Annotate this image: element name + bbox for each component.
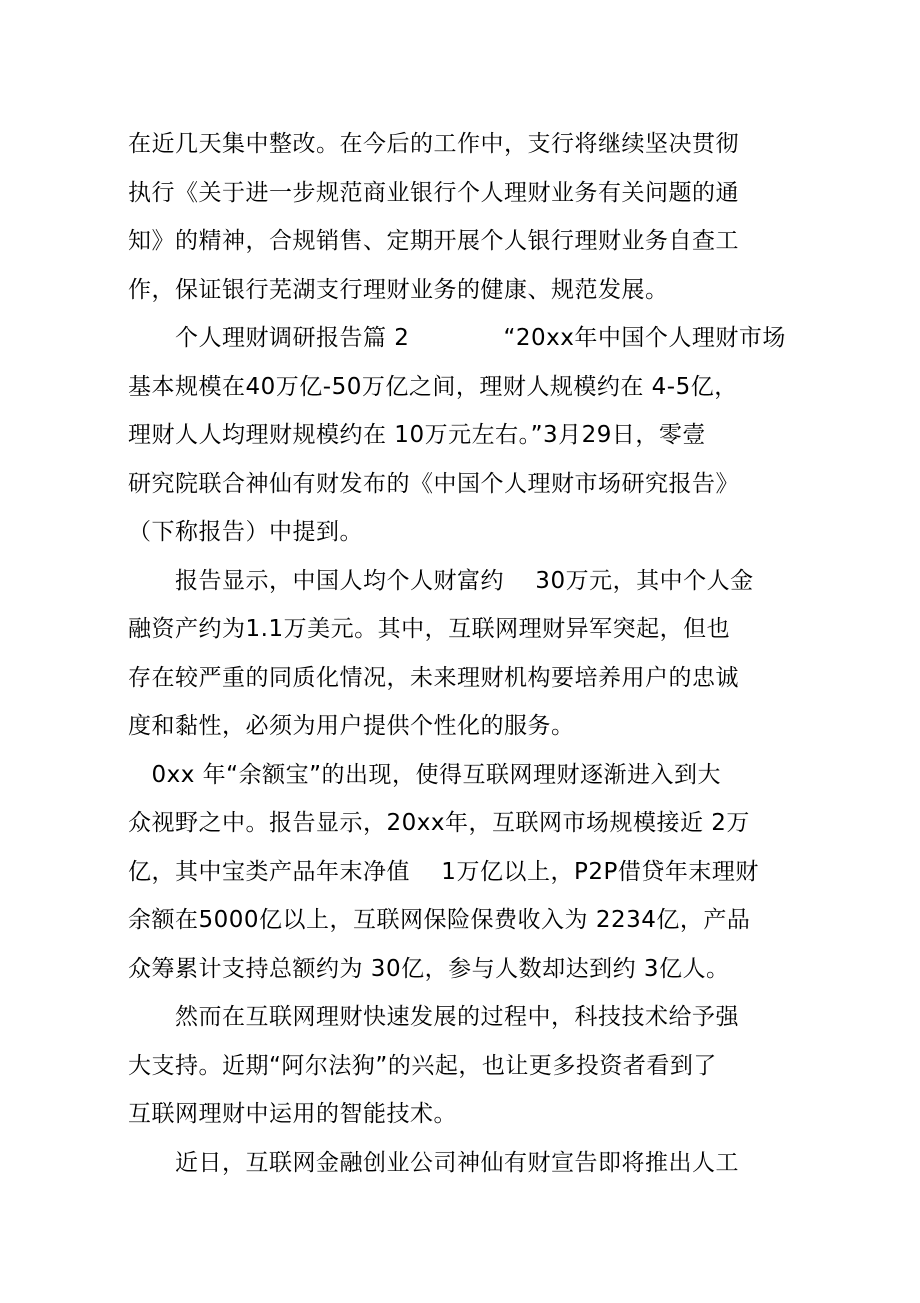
text-line: 众筹累计支持总额约为 30亿，参与人数却达到约 3亿人。	[128, 945, 798, 994]
text-line: 亿，其中宝类产品年末净值 1万亿以上，P2P借贷年末理财	[128, 848, 798, 897]
document-text-block: 在近几天集中整改。在今后的工作中，支行将继续坚决贯彻 执行《关于进一步规范商业银…	[128, 120, 798, 1187]
text-line: 理财人人均理财规模约在 10万元左右。”3月29日，零壹	[128, 411, 798, 460]
text-line: 互联网理财中运用的智能技术。	[128, 1090, 798, 1139]
text-line: 基本规模在40万亿-50万亿之间，理财人规模约在 4-5亿，	[128, 363, 798, 412]
text-line: 个人理财调研报告篇 2 “20xx年中国个人理财市场	[128, 314, 798, 363]
text-line: 研究院联合神仙有财发布的《中国个人理财市场研究报告》	[128, 460, 798, 509]
text-line: 众视野之中。报告显示，20xx年，互联网市场规模接近 2万	[128, 799, 798, 848]
text-line: 知》的精神，合规销售、定期开展个人银行理财业务自查工	[128, 217, 798, 266]
text-line: 大支持。近期“阿尔法狗”的兴起，也让更多投资者看到了	[128, 1042, 798, 1091]
text-line: 报告显示，中国人均个人财富约 30万元，其中个人金	[128, 557, 798, 606]
text-line: 在近几天集中整改。在今后的工作中，支行将继续坚决贯彻	[128, 120, 798, 169]
text-line: 然而在互联网理财快速发展的过程中，科技技术给予强	[128, 993, 798, 1042]
text-line: 融资产约为1.1万美元。其中，互联网理财异军突起，但也	[128, 605, 798, 654]
text-line: 0xx 年“余额宝”的出现，使得互联网理财逐渐进入到大	[128, 751, 798, 800]
text-line: 执行《关于进一步规范商业银行个人理财业务有关问题的通	[128, 169, 798, 218]
text-line: （下称报告）中提到。	[128, 508, 798, 557]
text-line: 余额在5000亿以上，互联网保险保费收入为 2234亿，产品	[128, 896, 798, 945]
text-line: 作，保证银行芜湖支行理财业务的健康、规范发展。	[128, 266, 798, 315]
text-line: 近日，互联网金融创业公司神仙有财宣告即将推出人工	[128, 1139, 798, 1188]
document-page: 在近几天集中整改。在今后的工作中，支行将继续坚决贯彻 执行《关于进一步规范商业银…	[0, 0, 920, 1303]
text-line: 度和黏性，必须为用户提供个性化的服务。	[128, 702, 798, 751]
text-line: 存在较严重的同质化情况，未来理财机构要培养用户的忠诚	[128, 654, 798, 703]
